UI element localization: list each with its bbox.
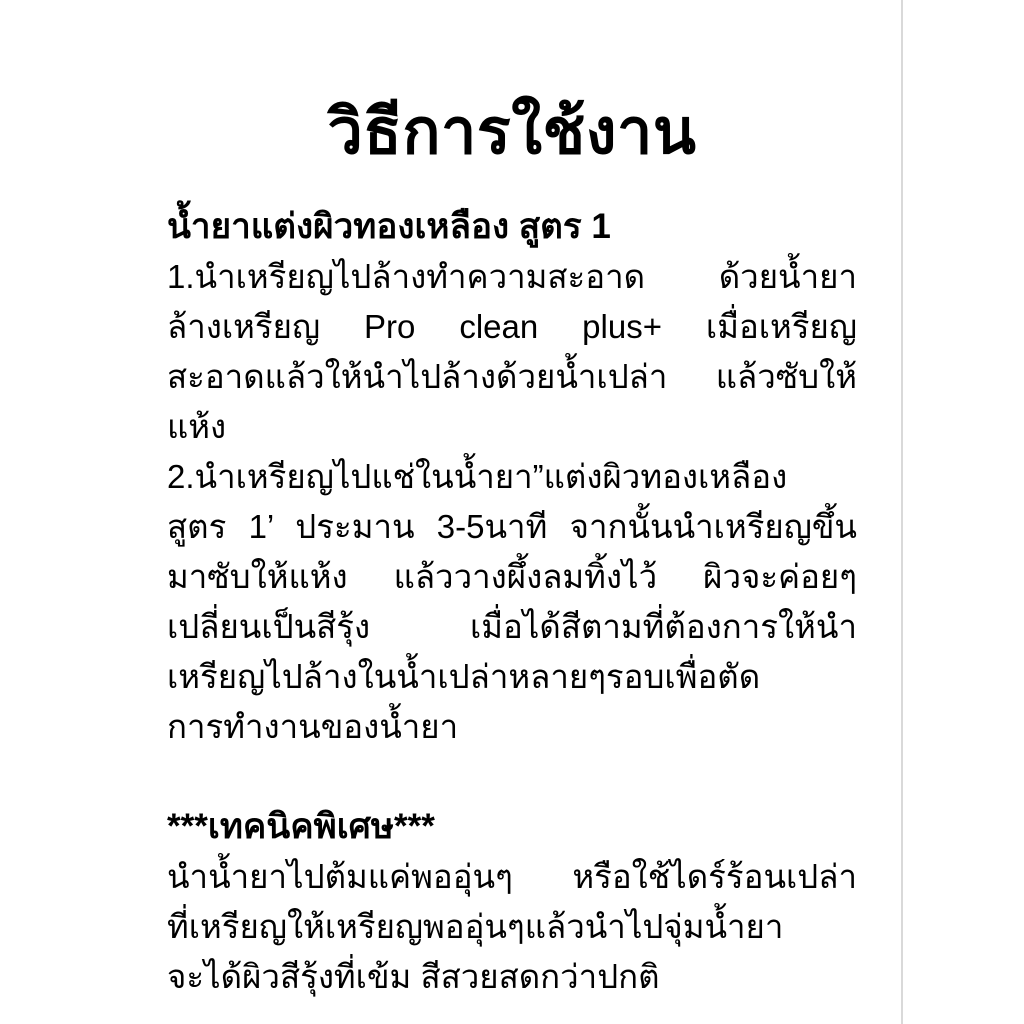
tips-line: จะได้ผิวสีรุ้งที่เข้ม สีสวยสดกว่าปกติ: [167, 952, 857, 1002]
tips-heading: ***เทคนิคพิเศษ***: [167, 802, 857, 852]
section1-line: 1.นำเหรียญไปล้างทำความสะอาด ด้วยน้ำยา: [167, 252, 857, 302]
instruction-content: น้ำยาแต่งผิวทองเหลือง สูตร 1 1.นำเหรียญไ…: [167, 202, 857, 1002]
section1-line: เปลี่ยนเป็นสีรุ้ง เมื่อได้สีตามที่ต้องกา…: [167, 602, 857, 652]
section1-line: สะอาดแล้วให้นำไปล้างด้วยน้ำเปล่า แล้วซับ…: [167, 352, 857, 402]
section1-line: การทำงานของน้ำยา: [167, 702, 857, 752]
page-edge-divider: [901, 0, 903, 1024]
tips-line: ที่เหรียญให้เหรียญพออุ่นๆแล้วนำไปจุ่มน้ำ…: [167, 902, 857, 952]
section1-line: 2.นำเหรียญไปแช่ในน้ำยา”แต่งผิวทองเหลือง: [167, 452, 857, 502]
tips-line: นำน้ำยาไปต้มแค่พออุ่นๆ หรือใช้ไดร์ร้อนเป…: [167, 852, 857, 902]
section1-line: สูตร 1’ ประมาน 3-5นาที จากนั้นนำเหรียญขึ…: [167, 502, 857, 552]
section1-line: ล้างเหรียญ Pro clean plus+ เมื่อเหรียญ: [167, 302, 857, 352]
instruction-page: วิธีการใช้งาน น้ำยาแต่งผิวทองเหลือง สูตร…: [0, 0, 1024, 1024]
section1-line: มาซับให้แห้ง แล้ววางผึ้งลมทิ้งไว้ ผิวจะค…: [167, 552, 857, 602]
section1-heading: น้ำยาแต่งผิวทองเหลือง สูตร 1: [167, 202, 857, 252]
section1-line: เหรียญไปล้างในน้ำเปล่าหลายๆรอบเพื่อตัด: [167, 652, 857, 702]
section1-line: แห้ง: [167, 402, 857, 452]
page-title: วิธีการใช้งาน: [0, 0, 1024, 186]
